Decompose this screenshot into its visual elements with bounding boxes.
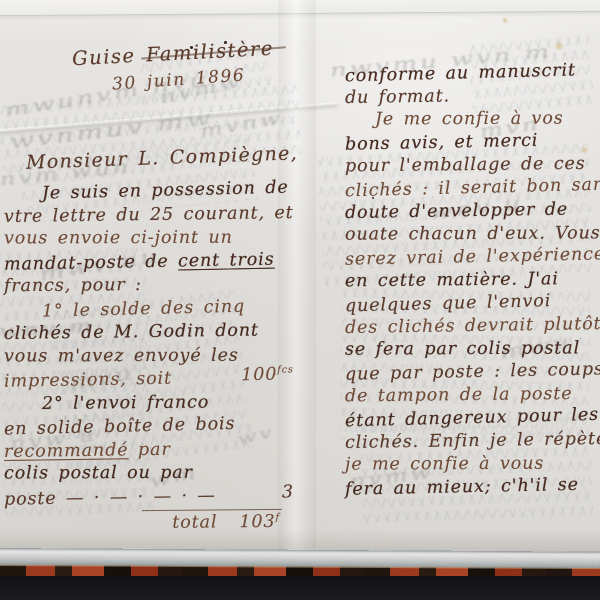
foxing-spot [501, 17, 509, 24]
ink-speck [224, 41, 227, 44]
line-text: Je suis en possession de [42, 178, 289, 204]
line-text: Je me confie à vos [375, 109, 564, 130]
line-text: bons avis, et merci [345, 131, 539, 155]
line-text: fera au mieux; c'h'il se [345, 475, 579, 500]
letter-line: se fera par colis postal [345, 338, 600, 362]
letter-line: doute d'envelopper de [345, 199, 600, 226]
salutation-text: Monsieur L. Compiègne, [26, 142, 299, 173]
line-text: clichés de M. Godin dont [4, 320, 259, 344]
line-text: se fera par colis postal [345, 338, 580, 359]
date-text: 30 juin 1896 [111, 65, 246, 94]
line-text: mandat-poste de [4, 251, 178, 274]
line-text: francs, pour : [4, 275, 142, 296]
line-text: par [128, 439, 170, 460]
foxing-spot [553, 41, 565, 51]
letter-line: clichés. Enfin je le répète [345, 429, 600, 456]
line-text: vtre lettre du 25 courant, et [4, 202, 294, 226]
line-text: des clichés devrait plutôt [345, 314, 600, 338]
line-text: conforme au manuscrit [345, 60, 576, 86]
letter-line: total103f [4, 509, 296, 535]
line-text: vous m'avez envoyé les [4, 345, 239, 366]
line-text: impressions, soit [4, 369, 172, 392]
line-text: en solide boîte de bois [4, 414, 236, 440]
letter-line: vtre lettre du 25 courant, et [4, 202, 296, 230]
underlined-text: recommandé [4, 440, 129, 462]
line-text: pour l'emballage de ces [345, 154, 586, 177]
line-text: colis postal ou par [4, 463, 193, 484]
photograph: mwunvm nvunvmwwvnmuv mwmvnwnvm wunmwv nu… [0, 0, 600, 600]
foxing-spot [580, 146, 589, 154]
line-text: serez vrai de l'expérience [345, 244, 600, 269]
dark-background [0, 576, 600, 600]
line-text: doute d'envelopper de [345, 200, 568, 224]
line-text: clichés. Enfin je le répète [345, 429, 600, 453]
line-text: 1° le solde des cinq [42, 296, 246, 321]
line-text: que par poste : les coups [345, 359, 600, 384]
total-amount: 103f [239, 512, 280, 532]
letter-line: colis postal ou par [4, 462, 296, 487]
line-text: je me confie à vous [345, 454, 544, 475]
letter-line: des clichés devrait plutôt [345, 314, 600, 341]
letter-line: clichés de M. Godin dont [4, 320, 296, 348]
date-line: 30 juin 1896 [111, 65, 246, 94]
ink-speck [190, 46, 193, 49]
letter-line: ouate chacun d'eux. Vous [345, 223, 600, 247]
line-text: vous envoie ci-joint un [4, 228, 233, 249]
line-text: ouate chacun d'eux. Vous [345, 223, 600, 244]
letter-line: impressions, soit100fcs [4, 366, 296, 395]
line-text: 2° l'envoi franco [42, 392, 209, 413]
right-page-body: conforme au manuscritdu format.Je me con… [345, 63, 600, 500]
letter-line: du format. [345, 84, 600, 111]
letter-line: Je me confie à vos [345, 108, 600, 132]
left-page-body: Je suis en possession devtre lettre du 2… [4, 181, 296, 534]
line-text: quelques que l'envoi [345, 291, 552, 316]
line-text: de tampon de la poste [345, 384, 573, 406]
line-text: poste — · — · — · — [4, 485, 216, 509]
amount: 100fcs [241, 364, 294, 385]
letter-line: vous envoie ci-joint un [4, 227, 296, 252]
letter-line: fera au mieux; c'h'il se [345, 474, 600, 502]
line-text: du format. [345, 86, 450, 108]
letter-paper: mwunvm nvunvmwwvnmuv mwmvnwnvm wunmwv nu… [0, 0, 600, 552]
letter-line: je me confie à vous [345, 453, 600, 477]
amount: 3 [282, 482, 294, 502]
salutation-line: Monsieur L. Compiègne, [26, 142, 299, 173]
underlined-text: cent trois [178, 249, 275, 271]
line-text: en cette matière. J'ai [345, 269, 559, 291]
total-label: total [172, 512, 217, 532]
ink-speck [372, 197, 374, 199]
letter-line: recommandé par [4, 437, 296, 465]
